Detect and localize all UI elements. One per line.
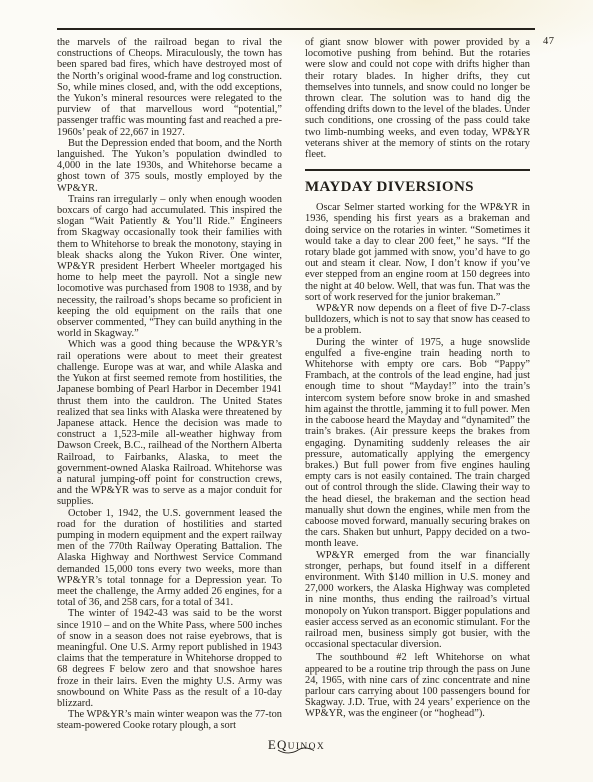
right-paragraph: During the winter of 1975, a huge snowsl…	[305, 337, 530, 550]
magazine-page: 47 the marvels of the railroad began to …	[0, 0, 593, 782]
left-paragraph: The winter of 1942-43 was said to be the…	[57, 608, 282, 709]
page-number: 47	[543, 36, 555, 47]
left-paragraph: Trains ran irregularly – only when enoug…	[57, 194, 282, 340]
top-rule	[57, 28, 535, 30]
left-paragraph: the marvels of the railroad began to riv…	[57, 37, 282, 138]
article-body: the marvels of the railroad began to riv…	[57, 37, 530, 732]
left-paragraph: Which was a good thing because the WP&YR…	[57, 339, 282, 507]
right-paragraph: of giant snow blower with power provided…	[305, 37, 530, 160]
right-paragraph: WP&YR now depends on a fleet of five D-7…	[305, 303, 530, 337]
right-column: of giant snow blower with power provided…	[305, 37, 530, 732]
page-footer: EQUINOX	[0, 736, 593, 754]
left-column: the marvels of the railroad began to riv…	[57, 37, 282, 732]
left-paragraph: The WP&YR’s main winter weapon was the 7…	[57, 709, 282, 731]
section-heading: MAYDAY DIVERSIONS	[305, 179, 530, 196]
logo-swash-icon	[277, 747, 315, 755]
section-rule	[305, 169, 530, 171]
left-paragraph: October 1, 1942, the U.S. government lea…	[57, 508, 282, 609]
right-paragraph: Oscar Selmer started working for the WP&…	[305, 202, 530, 303]
equinox-logo: EQUINOX	[268, 736, 325, 754]
right-paragraph: WP&YR emerged from the war financially s…	[305, 550, 530, 651]
left-paragraph: But the Depression ended that boom, and …	[57, 138, 282, 194]
right-paragraph: The southbound #2 left Whitehorse on wha…	[305, 652, 530, 719]
